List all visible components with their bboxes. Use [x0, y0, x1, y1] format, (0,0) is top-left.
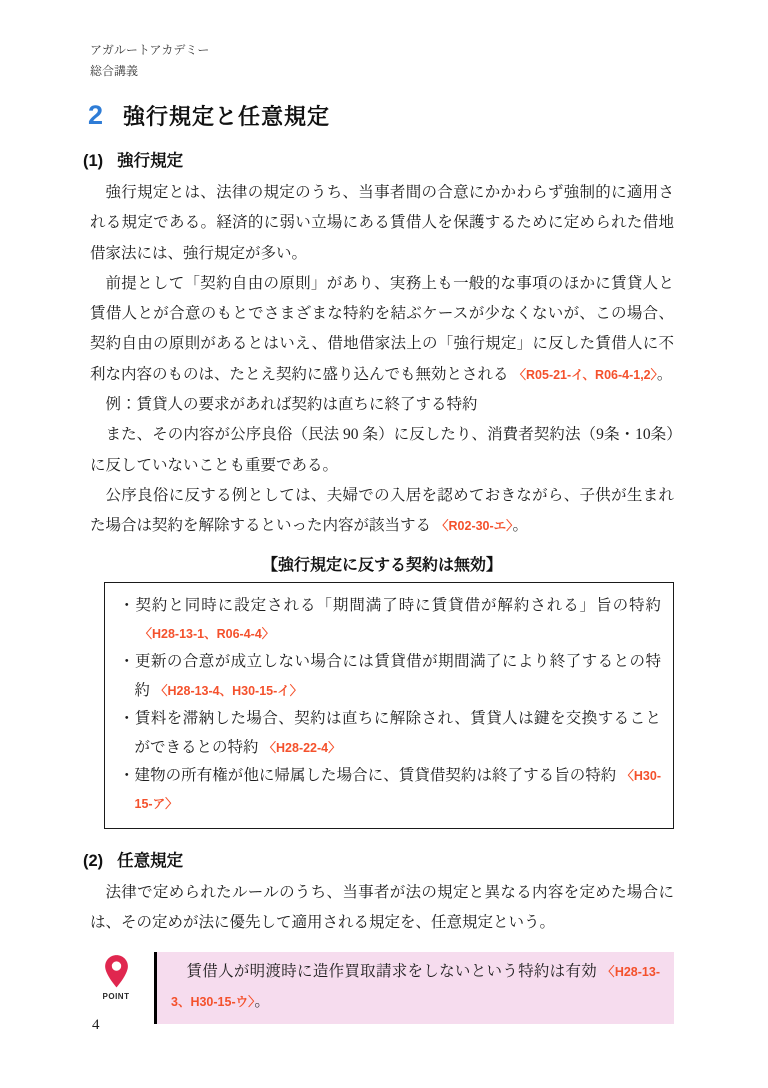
list-item: ・賃料を滞納した場合、契約は直ちに解除され、賃貸人は鍵を交換することができるとの… [119, 705, 661, 762]
paragraph-text: 強行規定とは、法律の規定のうち、当事者間の合意にかかわらず強制的に適用される規定… [90, 184, 674, 262]
chapter-heading: 2 強行規定と任意規定 [88, 100, 674, 131]
paragraph-text: 法律で定められたルールのうち、当事者が法の規定と異なる内容を定めた場合には、その… [90, 884, 674, 931]
list-item: ・契約と同時に設定される「期間満了時に賃貸借が解約される」旨の特約〈H28-13… [119, 592, 661, 649]
point-badge: POINT [92, 952, 140, 1024]
paragraph: 法律で定められたルールのうち、当事者が法の規定と異なる内容を定めた場合には、その… [90, 878, 674, 939]
invalid-contracts-box: ・契約と同時に設定される「期間満了時に賃貸借が解約される」旨の特約〈H28-13… [104, 582, 674, 829]
paragraph: 例：賃貸人の要求があれば契約は直ちに終了する特約 [90, 390, 674, 420]
exam-ref: 〈H28-13-1、R06-4-4〉 [140, 627, 275, 641]
section2-title: 任意規定 [117, 847, 183, 871]
paragraph-text: 。 [512, 517, 528, 534]
paragraph: 強行規定とは、法律の規定のうち、当事者間の合意にかかわらず強制的に適用される規定… [90, 178, 674, 269]
paragraph-text: 例：賃貸人の要求があれば契約は直ちに終了する特約 [106, 396, 478, 413]
point-box: 賃借人が明渡時に造作買取請求をしないという特約は有効〈H28-13-3、H30-… [154, 952, 674, 1024]
document-header: アガルートアカデミー 総合講義 [90, 40, 674, 82]
section-optional-provisions: (2) 任意規定 法律で定められたルールのうち、当事者が法の規定と異なる内容を定… [90, 847, 674, 939]
list-item-text: ・建物の所有権が他に帰属した場合に、賃貸借契約は終了する旨の特約 [119, 767, 616, 784]
section1-title: 強行規定 [117, 147, 183, 171]
point-text: 賃借人が明渡時に造作買取請求をしないという特約は有効〈H28-13-3、H30-… [171, 957, 660, 1017]
exam-ref: 〈H28-13-4、H30-15-イ〉 [155, 684, 302, 698]
paragraph-text: 賃借人が明渡時に造作買取請求をしないという特約は有効 [187, 963, 598, 980]
chapter-number: 2 [88, 100, 103, 131]
section2-number: (2) [83, 852, 103, 871]
paragraph: 公序良俗に反する例としては、夫婦での入居を認めておきながら、子供が生まれた場合は… [90, 481, 674, 542]
paragraph-text: 。 [657, 366, 673, 383]
exam-ref: 〈R05-21-イ、R06-4-1,2〉 [514, 368, 657, 382]
paragraph-text: 前提として「契約自由の原則」があり、実務上も一般的な事項のほかに賃貸人と賃借人と… [90, 275, 674, 383]
publisher-name: アガルートアカデミー [90, 40, 674, 61]
section1-body: 強行規定とは、法律の規定のうち、当事者間の合意にかかわらず強制的に適用される規定… [90, 178, 674, 542]
map-pin-icon [103, 954, 130, 989]
point-callout: POINT 賃借人が明渡時に造作買取請求をしないという特約は有効〈H28-13-… [92, 952, 674, 1024]
paragraph-text: 。 [254, 993, 270, 1010]
paragraph: また、その内容が公序良俗（民法 90 条）に反したり、消費者契約法（9条・10条… [90, 420, 674, 481]
section1-number: (1) [83, 152, 103, 171]
exam-ref: 〈R02-30-エ〉 [436, 519, 512, 533]
list-item-text: ・賃料を滞納した場合、契約は直ちに解除され、賃貸人は鍵を交換することができるとの… [119, 710, 661, 755]
section2-body: 法律で定められたルールのうち、当事者が法の規定と異なる内容を定めた場合には、その… [90, 878, 674, 939]
section2-heading: (2) 任意規定 [83, 847, 674, 871]
series-name: 総合講義 [90, 61, 674, 82]
paragraph-text: また、その内容が公序良俗（民法 90 条）に反したり、消費者契約法（9条・10条… [90, 426, 674, 473]
list-item-text: ・契約と同時に設定される「期間満了時に賃貸借が解約される」旨の特約 [119, 597, 661, 614]
point-label: POINT [103, 992, 130, 1001]
page-number: 4 [92, 1017, 100, 1034]
paragraph-text: 公序良俗に反する例としては、夫婦での入居を認めておきながら、子供が生まれた場合は… [90, 487, 674, 534]
section-mandatory-provisions: (1) 強行規定 強行規定とは、法律の規定のうち、当事者間の合意にかかわらず強制… [90, 147, 674, 542]
list-item: ・建物の所有権が他に帰属した場合に、賃貸借契約は終了する旨の特約〈H30-15-… [119, 762, 661, 819]
paragraph: 前提として「契約自由の原則」があり、実務上も一般的な事項のほかに賃貸人と賃借人と… [90, 269, 674, 390]
list-item: ・更新の合意が成立しない場合には賃貸借が期間満了により終了するとの特約〈H28-… [119, 648, 661, 705]
invalid-box-title: 【強行規定に反する契約は無効】 [90, 552, 674, 575]
exam-ref: 〈H28-22-4〉 [264, 741, 341, 755]
document-page: アガルートアカデミー 総合講義 2 強行規定と任意規定 (1) 強行規定 強行規… [0, 0, 768, 1088]
chapter-title: 強行規定と任意規定 [123, 100, 330, 131]
section1-heading: (1) 強行規定 [83, 147, 674, 171]
